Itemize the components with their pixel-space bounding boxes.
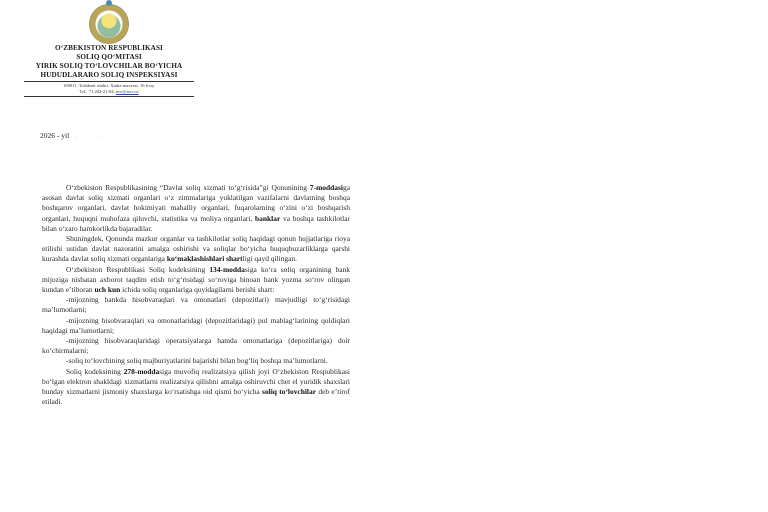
bold-text: uch kun [94, 285, 120, 294]
page-right: Bunda, jismoniy shaxslarga elektron shak… [386, 0, 768, 512]
left-page-body: Oʻzbekiston Respublikasining “Davlat sol… [42, 183, 350, 407]
date-year: 2026 - yil [40, 131, 69, 140]
text-run: -mijozning bankda hisobvaraqlari va omon… [42, 295, 350, 314]
bold-text: 7-moddasi [310, 183, 343, 192]
bold-text: soliq toʻlovchilar [262, 387, 316, 396]
left-paragraph: -soliq toʻlovchining soliq majburiyatlar… [42, 356, 350, 366]
letterhead-email-link[interactable]: mrr@mrr.uz [116, 89, 139, 94]
letterhead-rule-bottom [24, 96, 194, 97]
left-paragraph: Oʻzbekiston Respublikasining “Davlat sol… [42, 183, 350, 234]
letterhead-rule-top [24, 81, 194, 82]
bold-text: 278-modda [124, 367, 160, 376]
left-paragraph: -mijozning hisobvaraqlaridagi operatsiya… [42, 336, 350, 356]
text-run: Soliq kodeksining [66, 367, 124, 376]
text-run: -mijozning hisobvaraqlaridagi operatsiya… [42, 336, 350, 355]
document-spread: OʻZBEKISTON RESPUBLIKASI SOLIQ QOʻMITASI… [0, 0, 768, 512]
bold-text: 134-modda [209, 265, 245, 274]
left-paragraph: Soliq kodeksining 278-moddasiga muvofiq … [42, 367, 350, 408]
text-run: ligi qayd qilingan. [243, 254, 297, 263]
bold-text: koʻmaklashishlari shart [167, 254, 243, 263]
text-run: Oʻzbekiston Respublikasining “Davlat sol… [66, 183, 310, 192]
left-paragraph: -mijozning hisobvaraqlari va omonatlarid… [42, 316, 350, 336]
text-run: ichida soliq organlariga quyidagilarni b… [120, 285, 274, 294]
letterhead-line-3: YIRIK SOLIQ TOʻLOVCHILAR BOʻYICHA [24, 62, 194, 71]
text-run: -soliq toʻlovchining soliq majburiyatlar… [66, 356, 328, 365]
letterhead-phone: Tel.: 71 202-21-04, [79, 89, 114, 94]
page-left: OʻZBEKISTON RESPUBLIKASI SOLIQ QOʻMITASI… [0, 0, 386, 512]
letterhead-line-1: OʻZBEKISTON RESPUBLIKASI [24, 44, 194, 53]
date-placeholder: . . [74, 131, 110, 140]
letterhead-contacts: Tel.: 71 202-21-04, mrr@mrr.uz [24, 89, 194, 95]
state-emblem-icon [89, 4, 129, 44]
left-paragraph: Shuningdek, Qonunda mazkur organlar va t… [42, 234, 350, 265]
letterhead-line-2: SOLIQ QOʻMITASI [24, 53, 194, 62]
text-run: Oʻzbekiston Respublikasi Soliq kodeksini… [66, 265, 209, 274]
letterhead: OʻZBEKISTON RESPUBLIKASI SOLIQ QOʻMITASI… [24, 4, 194, 98]
text-run: -mijozning hisobvaraqlari va omonatlarid… [42, 316, 350, 335]
left-paragraph: Oʻzbekiston Respublikasi Soliq kodeksini… [42, 265, 350, 296]
left-paragraph: -mijozning bankda hisobvaraqlari va omon… [42, 295, 350, 315]
bold-text: banklar [255, 214, 280, 223]
document-date: 2026 - yil. . [40, 131, 110, 140]
letterhead-line-4: HUDUDLARARO SOLIQ INSPEKSIYASI [24, 71, 194, 80]
